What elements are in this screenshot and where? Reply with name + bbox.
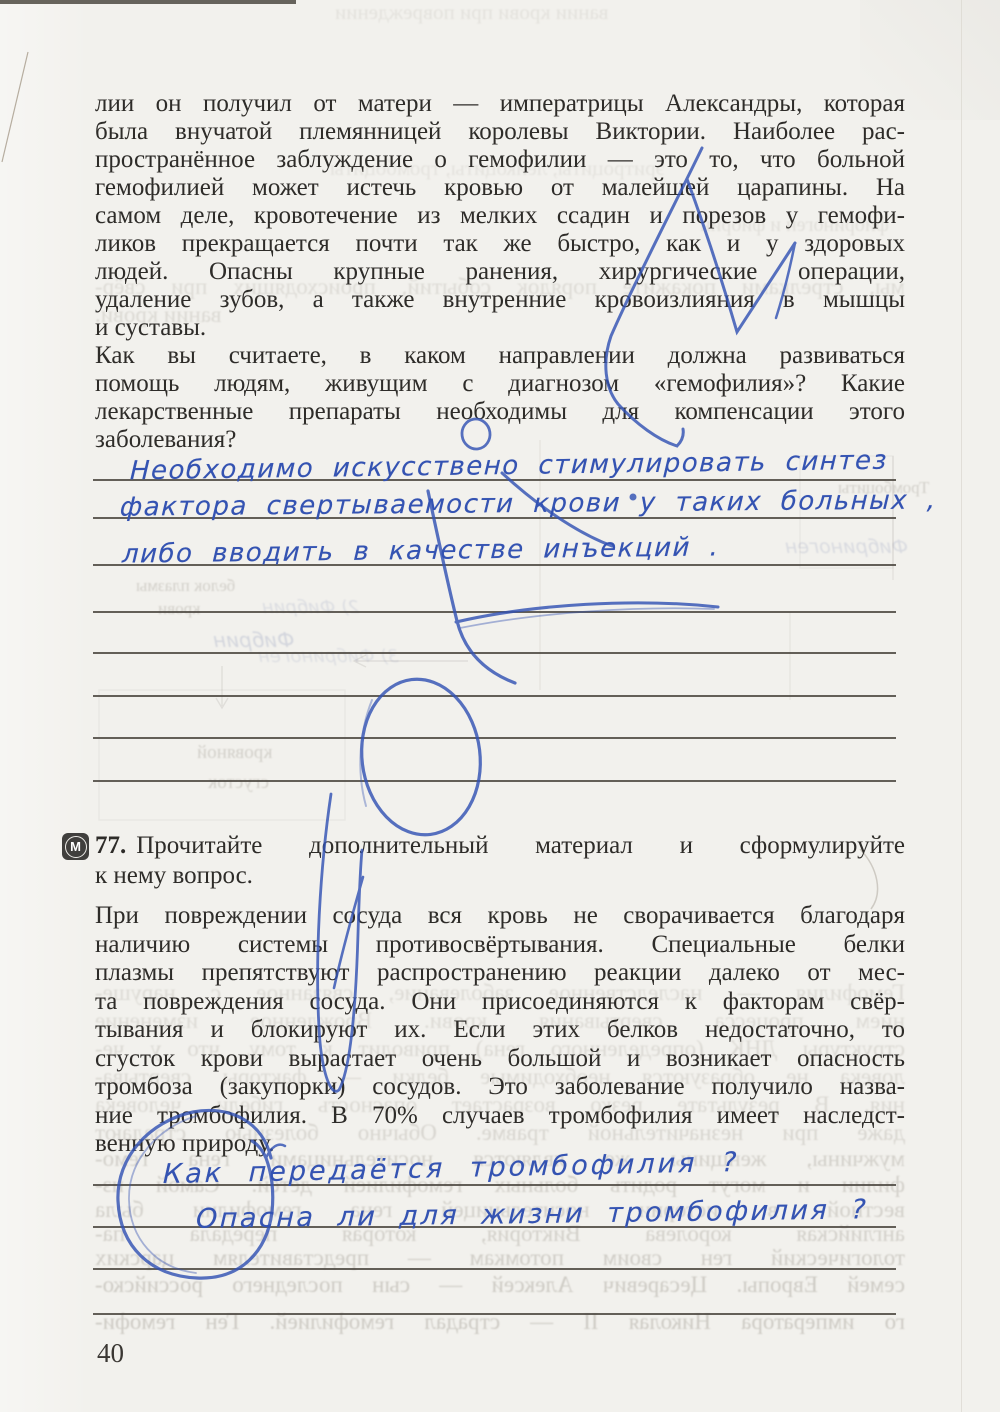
text-line: самом деле, кровотечение из мелких ссади… (95, 202, 905, 230)
task-77-header: 77. Прочитайте дополнительный материал и… (95, 831, 905, 891)
text-line: та повреждения сосуда. Они присоединяютс… (95, 988, 905, 1017)
paragraph-hemophilia: лии он получил от матери — императрицы А… (95, 90, 905, 342)
task-77-text-line1: Прочитайте дополнительный материал и сфо… (136, 831, 905, 861)
page-number: 40 (97, 1338, 124, 1369)
text-line: наличию системы противосвёртывания. Спец… (95, 931, 905, 960)
text-line: лекарственные препараты необходимы для к… (95, 398, 905, 426)
ruled-line (93, 737, 896, 739)
scan-artifact-top-edge (0, 0, 296, 4)
handwritten-line: Опасна ли для жизни тромбофилия ? (195, 1194, 868, 1234)
ruled-line (93, 1268, 896, 1270)
pen-oval-large-retrace (360, 700, 372, 806)
task-marker-badge: М (62, 833, 89, 860)
text-line: ние тромбофилия. В 70% случаев тромбофил… (95, 1102, 905, 1131)
text-line: При повреждении сосуда вся кровь не свор… (95, 902, 905, 931)
bleedthrough-text: 2) Фибрин (262, 597, 359, 618)
text-line: лии он получил от матери — императрицы А… (95, 90, 905, 118)
text-line: Как вы считаете, в каком направлении дол… (95, 342, 905, 370)
text-line: была внучатой племянницей королевы Викто… (95, 118, 905, 146)
bleedthrough-text: сгусток (208, 772, 269, 794)
task-number: 77. (95, 831, 136, 861)
paragraph-question: Как вы считаете, в каком направлении дол… (95, 342, 905, 454)
page-edge-line (961, 0, 962, 1412)
bleedthrough-text: семей Европы. Цесаревич Алексей — сын по… (95, 1272, 905, 1298)
bleed-box (99, 690, 345, 820)
task-77-text-line2: к нему вопрос. (95, 861, 905, 891)
text-line: сгусток крови вырастает очень большой и … (95, 1045, 905, 1074)
bleedthrough-text: кровяной (197, 742, 273, 764)
task-marker-m-icon: М (65, 836, 87, 858)
scan-shade-left (0, 0, 90, 1412)
text-line: ликов прекращается почти так же быстро, … (95, 230, 905, 258)
bleedthrough-text: Фибриноген (785, 536, 908, 558)
text-line: удаление зубов, а также внутренние крово… (95, 286, 905, 314)
pen-scribble-stroke (428, 491, 515, 683)
ruled-line (93, 652, 896, 654)
ruled-line (93, 611, 896, 613)
text-line: плазмы препятствуют распространению реак… (95, 959, 905, 988)
scanned-workbook-page: { "page": { "number": "40", "paper": "#f… (0, 0, 1000, 1412)
text-line: пространённое заблуждение о гемофилии — … (95, 146, 905, 174)
text-line: помощь людям, живущим с диагнозом «гемоф… (95, 370, 905, 398)
bleedthrough-text: Фибрин (213, 628, 294, 652)
paragraph-thrombophilia: При повреждении сосуда вся кровь не свор… (95, 902, 905, 1159)
ruled-line (93, 1313, 896, 1315)
ruled-line (93, 780, 896, 782)
ruled-line (93, 695, 896, 697)
bleedthrough-text: крови (158, 599, 200, 619)
text-line: и суставы. (95, 314, 905, 342)
bleedthrough-text: 3) Фибриноген (258, 646, 399, 667)
bleedthrough-text: вании крови при повреждении (335, 0, 608, 25)
bleedthrough-text: белок плазмы (136, 576, 235, 596)
text-line: людей. Опасны крупные ранения, хирургиче… (95, 258, 905, 286)
pen-oval-large (353, 672, 489, 841)
bleed-arrow-left (354, 655, 468, 667)
text-line: гемофилией может истечь кровью от малейш… (95, 174, 905, 202)
text-line: тромбоза (закупорки) сосудов. Это заболе… (95, 1073, 905, 1102)
text-line: тывания и блокируют их. Если этих белков… (95, 1016, 905, 1045)
bleed-arrow-down (216, 666, 228, 708)
